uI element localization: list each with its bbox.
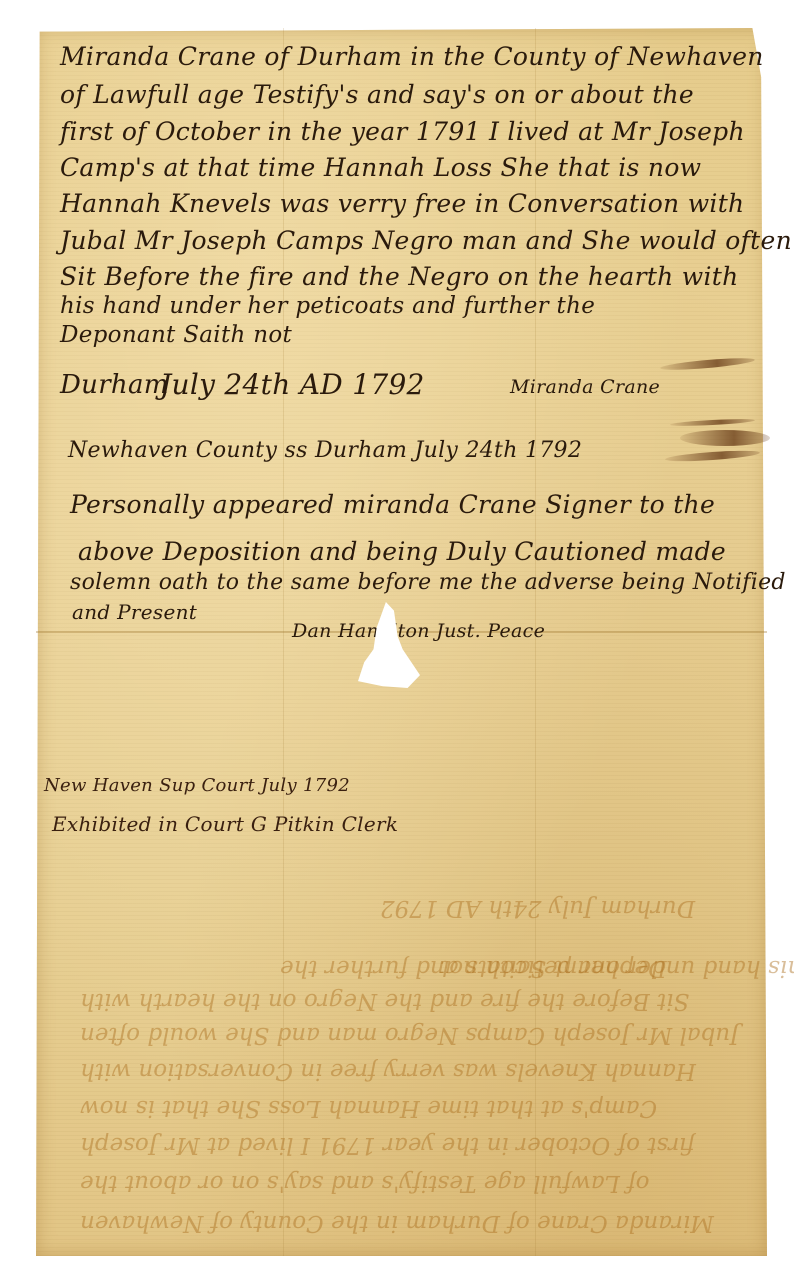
jurat-line: solemn oath to the same before me the ad… [70,570,786,595]
deposition-line: Miranda Crane of Durham in the County of… [60,42,764,71]
deposition-line: Jubal Mr Joseph Camps Negro man and She … [60,226,792,255]
deposition-line: of Lawfull age Testify's and say's on or… [60,80,694,109]
deposition-line: Deponant Saith not [60,322,292,348]
court-endorsement-line: New Haven Sup Court July 1792 [44,775,350,796]
deponent-signature: Miranda Crane [510,376,660,398]
deposition-line: first of October in the year 1791 I live… [60,117,745,146]
jurat-line: Personally appeared miranda Crane Signer… [70,490,715,519]
justice-signature: Dan Hamilton Just. Peace [292,620,545,642]
court-endorsement-line: Exhibited in Court G Pitkin Clerk [52,812,398,836]
dateline-place: Durham [60,370,169,400]
deposition-line: Hannah Knevels was verry free in Convers… [60,189,744,218]
deposition-line: his hand under her peticoats and further… [60,293,595,319]
jurat-line: above Deposition and being Duly Cautione… [78,537,726,566]
ink-smudge [680,430,770,446]
jurat-heading: Newhaven County ss Durham July 24th 1792 [68,438,582,463]
deposition-line: Camp's at that time Hannah Loss She that… [60,153,701,182]
deposition-line: Sit Before the fire and the Negro on the… [60,262,739,291]
jurat-line: and Present [72,600,197,624]
dateline-date: July 24th AD 1792 [160,368,425,401]
